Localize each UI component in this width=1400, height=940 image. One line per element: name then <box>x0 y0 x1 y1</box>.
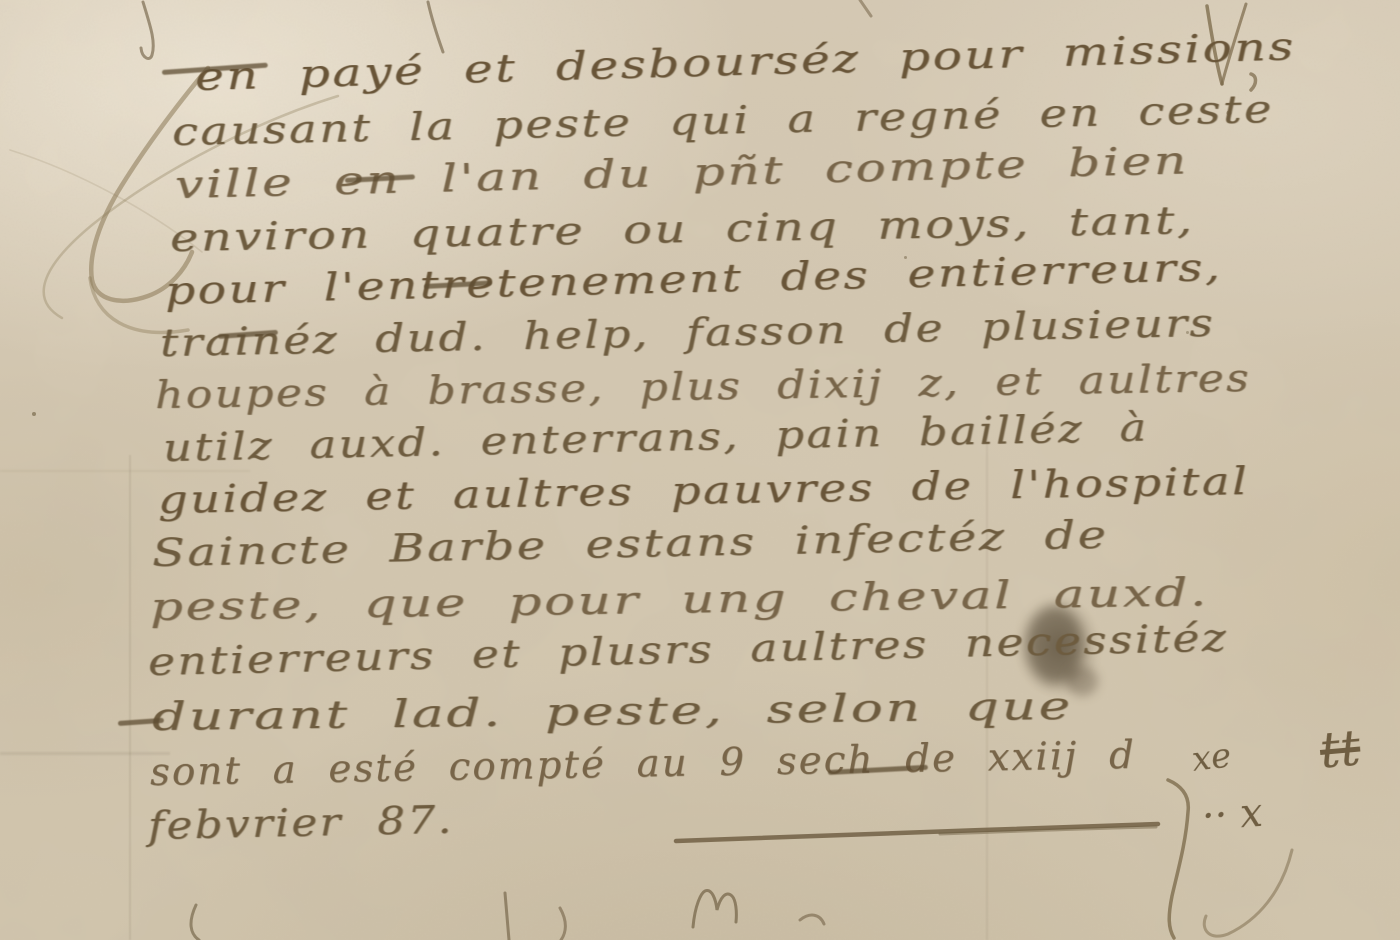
sum-amount-upper: xe <box>1190 735 1234 779</box>
manuscript-line: febvrier 87. <box>148 798 455 848</box>
cutoff-strokes-bottom <box>191 891 824 940</box>
total-rule <box>676 824 1158 841</box>
sum-unit-livres: tt <box>1317 719 1362 780</box>
sum-amount-lower: ·· x <box>1200 790 1264 840</box>
manuscript-page: en payé et desbourséz pour missions caus… <box>0 0 1400 940</box>
